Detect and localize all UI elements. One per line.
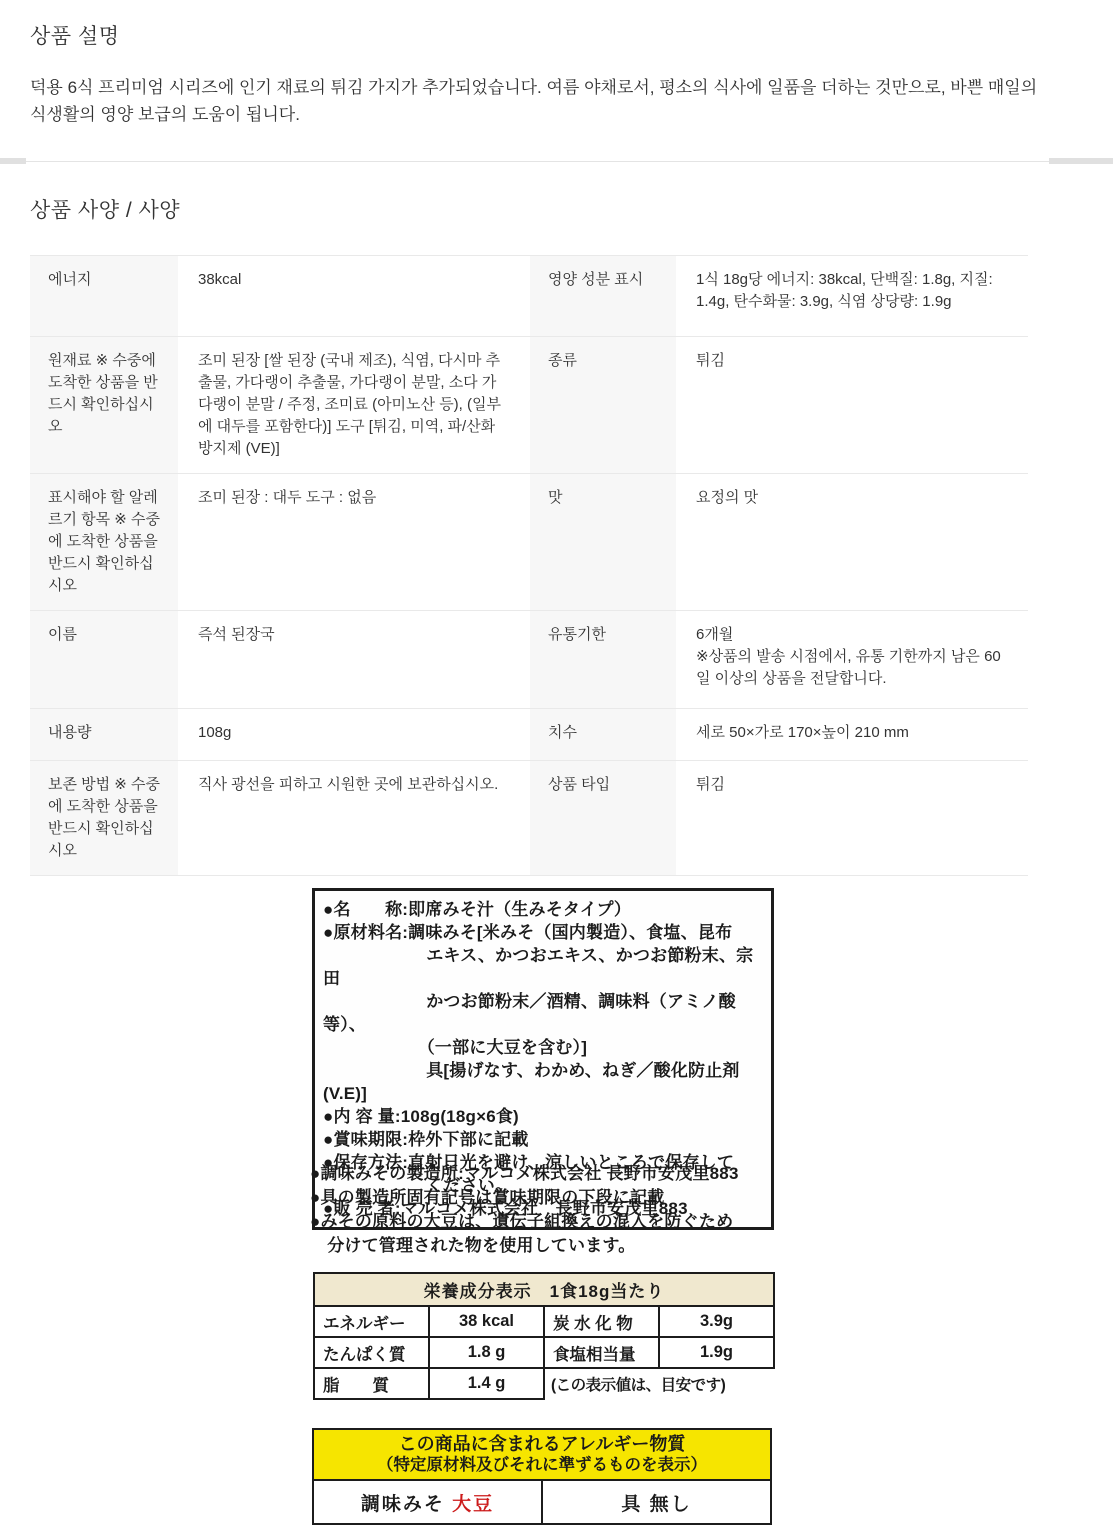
spec-value: 38kcal bbox=[178, 256, 530, 336]
nutrition-value-cell: 1.9g bbox=[659, 1337, 774, 1368]
page-edge-mark-right bbox=[1049, 158, 1113, 164]
spec-label: 상품 타입 bbox=[530, 761, 676, 875]
nutrition-name-cell: 脂 質 bbox=[314, 1368, 429, 1399]
nutrition-header: 栄養成分表示 1食18g当たり bbox=[314, 1273, 774, 1306]
nutrition-name-cell: エネルギー bbox=[314, 1306, 429, 1337]
spec-section-title: 상품 사양 / 사양 bbox=[30, 194, 180, 224]
product-description-title: 상품 설명 bbox=[30, 20, 119, 50]
spec-value: 조미 된장 : 대두 도구 : 없음 bbox=[178, 474, 530, 610]
spec-value: 요정의 맛 bbox=[676, 474, 1028, 610]
section-divider bbox=[0, 161, 1113, 162]
allergen-miso-label: 調味みそ bbox=[361, 1494, 452, 1515]
nutrition-note: (この表示値は、目安です) bbox=[544, 1368, 774, 1399]
spec-value: 즉석 된장국 bbox=[178, 611, 530, 708]
nutrition-row: 脂 質 1.4 g (この表示値は、目安です) bbox=[314, 1368, 774, 1399]
spec-label: 원재료 ※ 수중에 도착한 상품을 반드시 확인하십시오 bbox=[30, 337, 178, 473]
spec-table: 에너지 38kcal 영양 성분 표시 1식 18g당 에너지: 38kcal,… bbox=[30, 255, 1028, 876]
spec-row-storage: 보존 방법 ※ 수중에 도착한 상품을 반드시 확인하십시오 직사 광선을 피하… bbox=[30, 760, 1028, 876]
spec-label: 에너지 bbox=[30, 256, 178, 336]
nutrition-header-row: 栄養成分表示 1食18g当たり bbox=[314, 1273, 774, 1306]
allergen-row: 調味みそ 大豆 具 無し bbox=[313, 1480, 771, 1524]
allergen-table: この商品に含まれるアレルギー物質 （特定原材料及びそれに準ずるものを表示） 調味… bbox=[312, 1428, 772, 1525]
spec-row-ingredients: 원재료 ※ 수중에 도착한 상품을 반드시 확인하십시오 조미 된장 [쌀 된장… bbox=[30, 336, 1028, 473]
allergen-header-line1: この商品に含まれるアレルギー物質 bbox=[314, 1433, 770, 1455]
allergen-soy-value: 大豆 bbox=[452, 1494, 494, 1515]
nutrition-name-cell: 食塩相当量 bbox=[544, 1337, 659, 1368]
spec-label: 영양 성분 표시 bbox=[530, 256, 676, 336]
allergen-header: この商品に含まれるアレルギー物質 （特定原材料及びそれに準ずるものを表示） bbox=[313, 1429, 771, 1480]
nutrition-value-cell: 38 kcal bbox=[429, 1306, 544, 1337]
label-notes: ●調味みその製造所:マルコメ株式会社 長野市安茂里883 ●具の製造所固有記号は… bbox=[310, 1162, 780, 1258]
allergen-header-row: この商品に含まれるアレルギー物質 （特定原材料及びそれに準ずるものを表示） bbox=[313, 1429, 771, 1480]
allergen-miso-cell: 調味みそ 大豆 bbox=[313, 1480, 542, 1524]
spec-value: 1식 18g당 에너지: 38kcal, 단백질: 1.8g, 지질: 1.4g… bbox=[676, 256, 1028, 336]
nutrition-value-cell: 1.4 g bbox=[429, 1368, 544, 1399]
spec-value: 튀김 bbox=[676, 761, 1028, 875]
spec-row-allergens: 표시해야 할 알레르기 항목 ※ 수중에 도착한 상품을 반드시 확인하십시오 … bbox=[30, 473, 1028, 610]
spec-value: 조미 된장 [쌀 된장 (국내 제조), 식염, 다시마 추출물, 가다랭이 추… bbox=[178, 337, 530, 473]
spec-label: 표시해야 할 알레르기 항목 ※ 수중에 도착한 상품을 반드시 확인하십시오 bbox=[30, 474, 178, 610]
spec-label: 종류 bbox=[530, 337, 676, 473]
spec-value: 6개월 ※상품의 발송 시점에서, 유통 기한까지 남은 60일 이상의 상품을… bbox=[676, 611, 1028, 708]
spec-label: 이름 bbox=[30, 611, 178, 708]
nutrition-value-cell: 3.9g bbox=[659, 1306, 774, 1337]
spec-row-name: 이름 즉석 된장국 유통기한 6개월 ※상품의 발송 시점에서, 유통 기한까지… bbox=[30, 610, 1028, 708]
nutrition-name-cell: たんぱく質 bbox=[314, 1337, 429, 1368]
allergen-gu-cell: 具 無し bbox=[542, 1480, 771, 1524]
nutrition-row: エネルギー 38 kcal 炭 水 化 物 3.9g bbox=[314, 1306, 774, 1337]
spec-value: 직사 광선을 피하고 시원한 곳에 보관하십시오. bbox=[178, 761, 530, 875]
nutrition-row: たんぱく質 1.8 g 食塩相当量 1.9g bbox=[314, 1337, 774, 1368]
spec-row-contents: 내용량 108g 치수 세로 50×가로 170×높이 210 mm bbox=[30, 708, 1028, 760]
spec-value: 튀김 bbox=[676, 337, 1028, 473]
nutrition-table: 栄養成分表示 1食18g当たり エネルギー 38 kcal 炭 水 化 物 3.… bbox=[313, 1272, 775, 1400]
page-edge-mark-left bbox=[0, 158, 26, 164]
nutrition-name-cell: 炭 水 化 物 bbox=[544, 1306, 659, 1337]
spec-label: 유통기한 bbox=[530, 611, 676, 708]
spec-label: 치수 bbox=[530, 709, 676, 760]
spec-label: 맛 bbox=[530, 474, 676, 610]
spec-row-energy: 에너지 38kcal 영양 성분 표시 1식 18g당 에너지: 38kcal,… bbox=[30, 255, 1028, 336]
spec-label: 보존 방법 ※ 수중에 도착한 상품을 반드시 확인하십시오 bbox=[30, 761, 178, 875]
spec-label: 내용량 bbox=[30, 709, 178, 760]
spec-value: 세로 50×가로 170×높이 210 mm bbox=[676, 709, 1028, 760]
spec-value: 108g bbox=[178, 709, 530, 760]
allergen-header-line2: （特定原材料及びそれに準ずるものを表示） bbox=[314, 1455, 770, 1475]
nutrition-value-cell: 1.8 g bbox=[429, 1337, 544, 1368]
product-description-text: 덕용 6식 프리미엄 시리즈에 인기 재료의 튀김 가지가 추가되었습니다. 여… bbox=[30, 74, 1042, 128]
